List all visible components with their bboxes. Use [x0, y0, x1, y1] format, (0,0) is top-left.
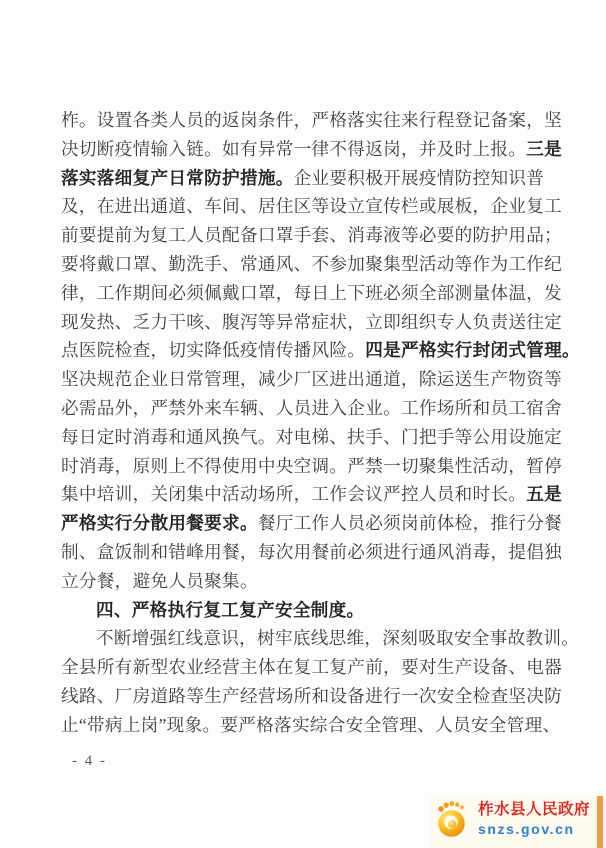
- document-line: 不断增强红线意识，树牢底线思维，深刻吸取安全事故教训。: [61, 624, 547, 653]
- text-segment: 要将戴口罩、勤洗手、常通风、不参加聚集型活动等作为工作纪: [61, 254, 562, 274]
- text-segment: 集中培训，关闭集中活动场所，工作会议严控人员和时长。: [61, 484, 526, 504]
- text-segment: 及，在进出通道、车间、居住区等设立宣传栏或展板，企业复工: [61, 196, 562, 216]
- document-line: 四、严格执行复工复产安全制度。: [61, 596, 547, 625]
- document-line: 律，工作期间必须佩戴口罩，每日上下班必须全部测量体温，发: [61, 279, 547, 308]
- text-segment: 制、盒饭制和错峰用餐，每次用餐前必须进行通风消毒，提倡独: [61, 542, 562, 562]
- text-segment: 餐厅工作人员必须岗前体检，推行分餐: [258, 513, 562, 533]
- text-segment: 时消毒，原则上不得使用中央空调。严禁一切聚集性活动，暂停: [61, 456, 562, 476]
- bold-text-segment: 三是: [526, 139, 562, 159]
- text-segment: 线路、厂房道路等生产经营场所和设备进行一次安全检查坚决防: [61, 686, 562, 706]
- document-line: 集中培训，关闭集中活动场所，工作会议严控人员和时长。五是: [61, 480, 547, 509]
- document-body: 柞。设置各类人员的返岗条件，严格落实往来行程登记备案，坚决切断疫情输入链。如有异…: [61, 106, 547, 740]
- document-line: 前要提前为复工人员配备口罩手套、消毒液等必要的防护用品；: [61, 221, 547, 250]
- text-segment: 必需品外，严禁外来车辆、人员进入企业。工作场所和员工宿舍: [61, 398, 562, 418]
- gov-logo-org-name: 柞水县人民政府: [478, 801, 590, 819]
- logo-right-bar: [597, 796, 603, 848]
- document-line: 落实落细复产日常防护措施。企业要积极开展疫情防控知识普: [61, 164, 547, 193]
- document-line: 现发热、乏力干咳、腹泻等异常症状，立即组织专人负责送往定: [61, 308, 547, 337]
- text-segment: 不断增强红线意识，树牢底线思维，深刻吸取安全事故教训。: [96, 628, 579, 648]
- document-line: 决切断疫情输入链。如有异常一律不得返岗，并及时上报。三是: [61, 135, 547, 164]
- text-segment: 坚决规范企业日常管理，减少厂区进出通道，除运送生产物资等: [61, 369, 562, 389]
- text-segment: 企业要积极开展疫情防控知识普: [294, 168, 545, 188]
- bold-text-segment: 四、严格执行复工复产安全制度。: [96, 600, 364, 620]
- text-segment: 柞。设置各类人员的返岗条件，严格落实往来行程登记备案，坚: [61, 110, 562, 130]
- gov-logo[interactable]: 柞水县人民政府 snzs.gov.cn: [430, 794, 603, 848]
- document-line: 立分餐，避免人员聚集。: [61, 567, 547, 596]
- text-segment: 每日定时消毒和通风换气。对电梯、扶手、门把手等公用设施定: [61, 427, 562, 447]
- bold-text-segment: 五是: [526, 484, 562, 504]
- bold-text-segment: 四是严格实行封闭式管理。: [365, 340, 580, 360]
- document-line: 要将戴口罩、勤洗手、常通风、不参加聚集型活动等作为工作纪: [61, 250, 547, 279]
- document-line: 必需品外，严禁外来车辆、人员进入企业。工作场所和员工宿舍: [61, 394, 547, 423]
- document-line: 点医院检查，切实降低疫情传播风险。四是严格实行封闭式管理。: [61, 336, 547, 365]
- text-segment: 全县所有新型农业经营主体在复工复产前，要对生产设备、电器: [61, 657, 562, 677]
- document-line: 全县所有新型农业经营主体在复工复产前，要对生产设备、电器: [61, 653, 547, 682]
- document-line: 时消毒，原则上不得使用中央空调。严禁一切聚集性活动，暂停: [61, 452, 547, 481]
- document-page: 柞。设置各类人员的返岗条件，严格落实往来行程登记备案，坚决切断疫情输入链。如有异…: [0, 0, 606, 848]
- page-number: - 4 -: [72, 753, 107, 770]
- document-line: 制、盒饭制和错峰用餐，每次用餐前必须进行通风消毒，提倡独: [61, 538, 547, 567]
- document-line: 柞。设置各类人员的返岗条件，严格落实往来行程登记备案，坚: [61, 106, 547, 135]
- document-line: 线路、厂房道路等生产经营场所和设备进行一次安全检查坚决防: [61, 682, 547, 711]
- text-segment: 现发热、乏力干咳、腹泻等异常症状，立即组织专人负责送往定: [61, 312, 562, 332]
- document-line: 及，在进出通道、车间、居住区等设立宣传栏或展板，企业复工: [61, 192, 547, 221]
- gov-logo-website: snzs.gov.cn: [478, 820, 590, 838]
- gov-logo-text: 柞水县人民政府 snzs.gov.cn: [478, 801, 590, 838]
- text-segment: 立分餐，避免人员聚集。: [61, 571, 258, 591]
- document-line: 止“带病上岗”现象。要严格落实综合安全管理、人员安全管理、: [61, 711, 547, 740]
- text-segment: 前要提前为复工人员配备口罩手套、消毒液等必要的防护用品；: [61, 225, 562, 245]
- text-segment: 点医院检查，切实降低疫情传播风险。: [61, 340, 365, 360]
- document-line: 严格实行分散用餐要求。餐厅工作人员必须岗前体检，推行分餐: [61, 509, 547, 538]
- document-line: 每日定时消毒和通风换气。对电梯、扶手、门把手等公用设施定: [61, 423, 547, 452]
- text-segment: 律，工作期间必须佩戴口罩，每日上下班必须全部测量体温，发: [61, 283, 562, 303]
- bold-text-segment: 落实落细复产日常防护措施。: [61, 168, 294, 188]
- document-line: 坚决规范企业日常管理，减少厂区进出通道，除运送生产物资等: [61, 365, 547, 394]
- text-segment: 止“带病上岗”现象。要严格落实综合安全管理、人员安全管理、: [61, 715, 560, 735]
- paw-foot-icon: [435, 799, 471, 839]
- text-segment: 决切断疫情输入链。如有异常一律不得返岗，并及时上报。: [61, 139, 526, 159]
- bold-text-segment: 严格实行分散用餐要求。: [61, 513, 258, 533]
